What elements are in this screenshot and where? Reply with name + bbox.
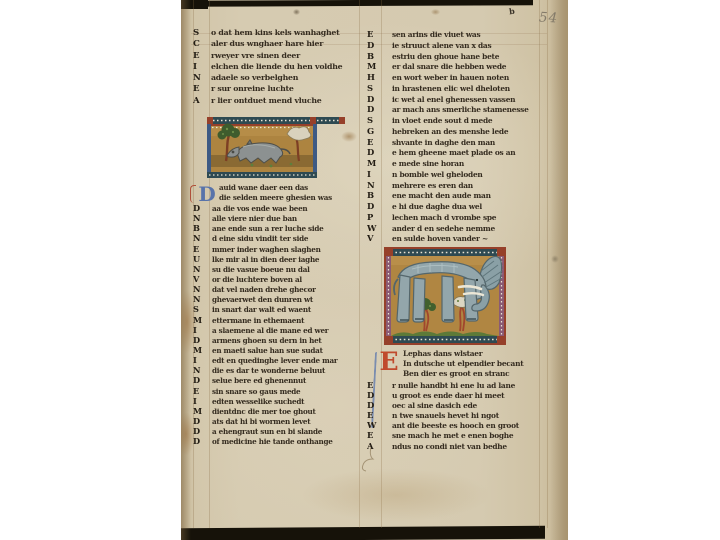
manuscript-line: Dar mach ans smerliche stamenesse xyxy=(367,104,547,115)
manuscript-line: Esin snare so gaus mede xyxy=(193,386,361,396)
manuscript-line: Wander d en sedehe nemme xyxy=(367,223,547,234)
folio-number: 54 xyxy=(539,10,559,27)
versal-letter: D xyxy=(367,94,392,104)
line-text: edt en quedinghe lever ende mar xyxy=(212,356,337,365)
left-column-initial-lines: auid wane daer een dasdie selden meere g… xyxy=(219,183,361,203)
versal-letter: E xyxy=(193,84,211,94)
versal-letter: S xyxy=(367,83,392,93)
illuminated-initial-red: E xyxy=(376,347,402,377)
versal-letter: I xyxy=(193,355,212,365)
manuscript-line: Er sur onreine luchte xyxy=(193,84,361,95)
versal-letter: D xyxy=(367,40,392,50)
manuscript-line: Dats dat hi bi wormen levet xyxy=(193,416,361,426)
line-text: edten wesselike suchedt xyxy=(212,397,304,406)
manuscript-line: Ielchen die liende du hen voldhe xyxy=(193,62,361,73)
versal-letter: M xyxy=(193,315,212,325)
page-gutter-shadow xyxy=(181,0,191,540)
manuscript-line: Doec al sine dasich ede xyxy=(367,400,547,410)
versal-letter: E xyxy=(367,410,392,420)
manuscript-line: Nd eine sidu vindit ter side xyxy=(193,233,361,243)
line-text: ndus no condi niet van bedhe xyxy=(392,442,507,451)
line-text: selue bere ed ghenennut xyxy=(212,376,306,385)
versal-letter: N xyxy=(367,180,392,190)
versal-letter: D xyxy=(193,335,212,345)
versal-letter: S xyxy=(367,115,392,125)
margin-ink-mark: b xyxy=(508,6,515,17)
line-text: d eine sidu vindit ter side xyxy=(212,234,308,243)
versal-letter: M xyxy=(367,158,392,168)
versal-letter: M xyxy=(367,61,392,71)
manuscript-line: Ndat vel naden drehe ghecor xyxy=(193,284,361,294)
ruling-line xyxy=(547,0,548,528)
versal-letter: W xyxy=(367,223,392,233)
manuscript-line: Ben dier es groot en stranc xyxy=(403,369,549,379)
versal-letter: B xyxy=(367,190,392,200)
line-text: lke mir al in dien deer iaghe xyxy=(212,255,319,264)
line-text: mehrere es eren dan xyxy=(392,181,473,190)
line-text: ettermane in ethemaent xyxy=(212,316,304,325)
manuscript-line: Er nulle handbt hi ene lu ad lane xyxy=(367,380,547,390)
line-text: oec al sine dasich ede xyxy=(392,401,477,410)
manuscript-line: Da ehengraut sun en bi slande xyxy=(193,426,361,436)
backdrop-bottom-band xyxy=(181,526,545,540)
manuscript-line: In dutsche ut elpendier becant xyxy=(403,359,549,369)
versal-letter: M xyxy=(193,406,212,416)
line-text: ghevaerwet den dunren wt xyxy=(212,295,313,304)
line-text: e hem gheene maet plade os an xyxy=(392,148,515,157)
line-text: dientdnc die mer toe ghout xyxy=(212,407,316,416)
line-text: n twe snauels hevet hi ngot xyxy=(392,411,499,420)
versal-letter: D xyxy=(367,390,392,400)
manuscript-line: In bomble wel gheloden xyxy=(367,169,547,180)
line-text: elchen die liende du hen voldhe xyxy=(211,62,342,71)
line-text: in hrastenen elic wel dheloten xyxy=(392,84,510,93)
versal-letter: D xyxy=(193,436,212,446)
line-text: r nulle handbt hi ene lu ad lane xyxy=(392,381,515,390)
line-text: rweyer vre sinen deer xyxy=(211,51,300,60)
manuscript-line: So dat hem kins kels wanhaghet xyxy=(193,28,361,39)
line-text: die selden meere ghesien was xyxy=(219,193,332,202)
versal-letter: M xyxy=(193,345,212,355)
manuscript-line: Nsu die vasue boeue nu dal xyxy=(193,264,361,274)
line-text: ant die beeste es hooch en groot xyxy=(392,421,519,430)
line-text: aa die vos ende wae been xyxy=(212,204,307,213)
manuscript-line: Nghevaerwet den dunren wt xyxy=(193,294,361,304)
manuscript-line: auid wane daer een das xyxy=(219,183,361,193)
versal-letter: N xyxy=(193,213,212,223)
stain xyxy=(293,9,300,15)
line-text: o dat hem kins kels wanhaghet xyxy=(211,28,339,37)
versal-letter: E xyxy=(367,430,392,440)
manuscript-line: Want die beeste es hooch en groot xyxy=(367,420,547,430)
manuscript-line: Bane ende sun a rer luche side xyxy=(193,223,361,233)
line-text: die es dar te wonderne beluut xyxy=(212,366,325,375)
line-text: ene macht den aude man xyxy=(392,191,491,200)
line-text: ane ende sun a rer luche side xyxy=(212,224,323,233)
line-text: sne mach he met e enen boghe xyxy=(392,431,513,440)
versal-letter: N xyxy=(193,73,211,83)
versal-letter: E xyxy=(367,380,392,390)
line-text: su die vasue boeue nu dal xyxy=(212,265,310,274)
manuscript-line: Nmehrere es eren dan xyxy=(367,180,547,191)
versal-letter: U xyxy=(193,254,212,264)
versal-letter: B xyxy=(367,51,392,61)
line-text: e mede sine horan xyxy=(392,159,464,168)
manuscript-line: Erweyer vre sinen deer xyxy=(193,51,361,62)
line-text: r lier ontduet mend vluche xyxy=(211,96,321,105)
line-text: dat vel naden drehe ghecor xyxy=(212,285,316,294)
line-text: hebreken an des menshe lede xyxy=(392,127,508,136)
manuscript-line: Lephas dans wlstaer xyxy=(403,349,549,359)
manuscript-line: Sin snart dar walt ed waent xyxy=(193,304,361,314)
manuscript-line: Eshvante in daghe den man xyxy=(367,137,547,148)
line-text: sen arins die viuet was xyxy=(392,30,480,39)
versal-letter: N xyxy=(193,233,212,243)
line-text: auid wane daer een das xyxy=(219,183,308,192)
manuscript-line: Men maeti salue han sue sudat xyxy=(193,345,361,355)
manuscript-line: Ar lier ontduet mend vluche xyxy=(193,96,361,107)
manuscript-line: Nadaele so verbelghen xyxy=(193,73,361,84)
line-text: en wort weber in hauen noten xyxy=(392,73,509,82)
manuscript-line: Caler dus wnghaer hare hier xyxy=(193,39,361,50)
stain xyxy=(551,255,559,263)
line-text: of medicine hie tande onthange xyxy=(212,437,333,446)
line-text: Lephas dans wlstaer xyxy=(403,349,482,358)
versal-letter: N xyxy=(193,284,212,294)
line-text: en sulde hoven vander ~ xyxy=(392,234,488,243)
line-text: estriu den ghoue hane bete xyxy=(392,52,499,61)
manuscript-line: Ndie es dar te wonderne beluut xyxy=(193,365,361,375)
manuscript-line: Bene macht den aude man xyxy=(367,190,547,201)
line-text: or die luchtere boven al xyxy=(212,275,302,284)
versal-letter: V xyxy=(193,274,212,284)
manuscript-line: Vor die luchtere boven al xyxy=(193,274,361,284)
manuscript-line: Daa die vos ende wae been xyxy=(193,203,361,213)
manuscript-line: Emmer inder waghen slaghen xyxy=(193,244,361,254)
manuscript-line: Ia slaemene al die mane ed wer xyxy=(193,325,361,335)
line-text: ic wet al enel ghenessen vassen xyxy=(392,95,515,104)
left-column-block-2: Daa die vos ende wae beenNalle viere nie… xyxy=(193,203,361,446)
line-text: ats dat hi bi wormen levet xyxy=(212,417,310,426)
versal-letter: N xyxy=(193,264,212,274)
manuscript-line: Plechen mach d vrombe spe xyxy=(367,212,547,223)
manuscript-line: Mettermane in ethemaent xyxy=(193,315,361,325)
manuscript-line: Esen arins die viuet was xyxy=(367,29,547,40)
versal-letter: S xyxy=(193,28,211,38)
stain xyxy=(301,468,491,522)
manuscript-line: Sin hrastenen elic wel dheloten xyxy=(367,83,547,94)
line-text: shvante in daghe den man xyxy=(392,138,495,147)
right-column-block-2: Er nulle handbt hi ene lu ad laneDu groo… xyxy=(367,380,547,451)
left-column-block-1: So dat hem kins kels wanhaghetCaler dus … xyxy=(193,28,361,107)
manuscript-line: Me mede sine horan xyxy=(367,158,547,169)
versal-letter: E xyxy=(193,51,211,61)
manuscript-line: Esne mach he met e enen boghe xyxy=(367,430,547,440)
page-edge-shadow xyxy=(550,0,568,540)
line-text: a ehengraut sun en bi slande xyxy=(212,427,322,436)
line-text: lechen mach d vrombe spe xyxy=(392,213,496,222)
versal-letter: W xyxy=(367,420,392,430)
line-text: n bomble wel gheloden xyxy=(392,170,483,179)
versal-letter: E xyxy=(193,386,212,396)
versal-letter: E xyxy=(367,137,392,147)
versal-letter: D xyxy=(367,201,392,211)
manuscript-line: Andus no condi niet van bedhe xyxy=(367,441,547,451)
versal-letter: I xyxy=(193,325,212,335)
versal-letter: D xyxy=(193,375,212,385)
line-text: e hi due daghe dua wel xyxy=(392,202,482,211)
manuscript-line: Die struuct alene van x das xyxy=(367,40,547,51)
manuscript-line: De hem gheene maet plade os an xyxy=(367,147,547,158)
line-text: u groot es ende daer hi meet xyxy=(392,391,504,400)
line-text: er dal snare die hebben wede xyxy=(392,62,506,71)
versal-letter: P xyxy=(367,212,392,222)
line-text: a slaemene al die mane ed wer xyxy=(212,326,328,335)
line-text: alle viere nier due ban xyxy=(212,214,297,223)
manuscript-line: Hen wort weber in hauen noten xyxy=(367,72,547,83)
manuscript-line: Mdientdnc die mer toe ghout xyxy=(193,406,361,416)
versal-letter: D xyxy=(193,203,212,213)
line-text: en maeti salue han sue sudat xyxy=(212,346,323,355)
right-column-initial-lines: Lephas dans wlstaerIn dutsche ut elpendi… xyxy=(403,349,549,380)
manuscript-line: Nalle viere nier due ban xyxy=(193,213,361,223)
line-text: armens ghoen su dern in het xyxy=(212,336,321,345)
manuscript-line: Iedt en quedinghe lever ende mar xyxy=(193,355,361,365)
line-text: r sur onreine luchte xyxy=(211,84,294,93)
manuscript-line: Ghebreken an des menshe lede xyxy=(367,126,547,137)
manuscript-line: En twe snauels hevet hi ngot xyxy=(367,410,547,420)
line-text: aler dus wnghaer hare hier xyxy=(211,39,323,48)
versal-letter: E xyxy=(367,29,392,39)
line-text: Ben dier es groot en stranc xyxy=(403,369,509,378)
manuscript-line: Ulke mir al in dien deer iaghe xyxy=(193,254,361,264)
versal-letter: I xyxy=(193,396,212,406)
versal-letter: D xyxy=(193,416,212,426)
manuscript-line: Mer dal snare die hebben wede xyxy=(367,61,547,72)
versal-letter: D xyxy=(367,104,392,114)
manuscript-line: die selden meere ghesien was xyxy=(219,193,361,203)
line-text: ie struuct alene van x das xyxy=(392,41,491,50)
line-text: adaele so verbelghen xyxy=(211,73,298,82)
line-text: ar mach ans smerliche stamenesse xyxy=(392,105,529,114)
manuscript-line: Sin vloet ende sout d mede xyxy=(367,115,547,126)
line-text: In dutsche ut elpendier becant xyxy=(403,359,523,368)
versal-letter: I xyxy=(193,62,211,72)
manuscript-line: De hi due daghe dua wel xyxy=(367,201,547,212)
line-text: in vloet ende sout d mede xyxy=(392,116,492,125)
stain xyxy=(431,9,440,15)
manuscript-line: Ven sulde hoven vander ~ xyxy=(367,233,547,244)
versal-letter: D xyxy=(367,400,392,410)
line-text: in snart dar walt ed waent xyxy=(212,305,311,314)
versal-letter: G xyxy=(367,126,392,136)
manuscript-line: Darmens ghoen su dern in het xyxy=(193,335,361,345)
manuscript-photo: 54 b xyxy=(181,0,568,540)
versal-letter: I xyxy=(367,169,392,179)
miniature-elephant xyxy=(384,247,506,345)
versal-letter: S xyxy=(193,304,212,314)
versal-letter: A xyxy=(367,441,392,451)
versal-letter: H xyxy=(367,72,392,82)
versal-letter: E xyxy=(193,244,212,254)
backdrop-top-band xyxy=(181,0,533,7)
right-column-block-1: Esen arins die viuet wasDie struuct alen… xyxy=(367,29,547,244)
versal-letter: D xyxy=(193,426,212,436)
manuscript-line: Dselue bere ed ghenennut xyxy=(193,375,361,385)
manuscript-line: Iedten wesselike suchedt xyxy=(193,396,361,406)
manuscript-line: Dic wet al enel ghenessen vassen xyxy=(367,94,547,105)
line-text: sin snare so gaus mede xyxy=(212,387,300,396)
versal-letter: D xyxy=(367,147,392,157)
versal-letter: C xyxy=(193,39,211,49)
versal-letter: V xyxy=(367,233,392,243)
line-text: mmer inder waghen slaghen xyxy=(212,245,321,254)
line-text: ander d en sedehe nemme xyxy=(392,224,495,233)
manuscript-line: Bestriu den ghoue hane bete xyxy=(367,51,547,62)
manuscript-line: Dof medicine hie tande onthange xyxy=(193,436,361,446)
miniature-beast xyxy=(207,117,345,178)
manuscript-line: Du groot es ende daer hi meet xyxy=(367,390,547,400)
versal-letter: B xyxy=(193,223,212,233)
versal-letter: N xyxy=(193,294,212,304)
screenshot-root: 54 b xyxy=(0,0,720,540)
versal-letter: N xyxy=(193,365,212,375)
versal-letter: A xyxy=(193,96,211,106)
